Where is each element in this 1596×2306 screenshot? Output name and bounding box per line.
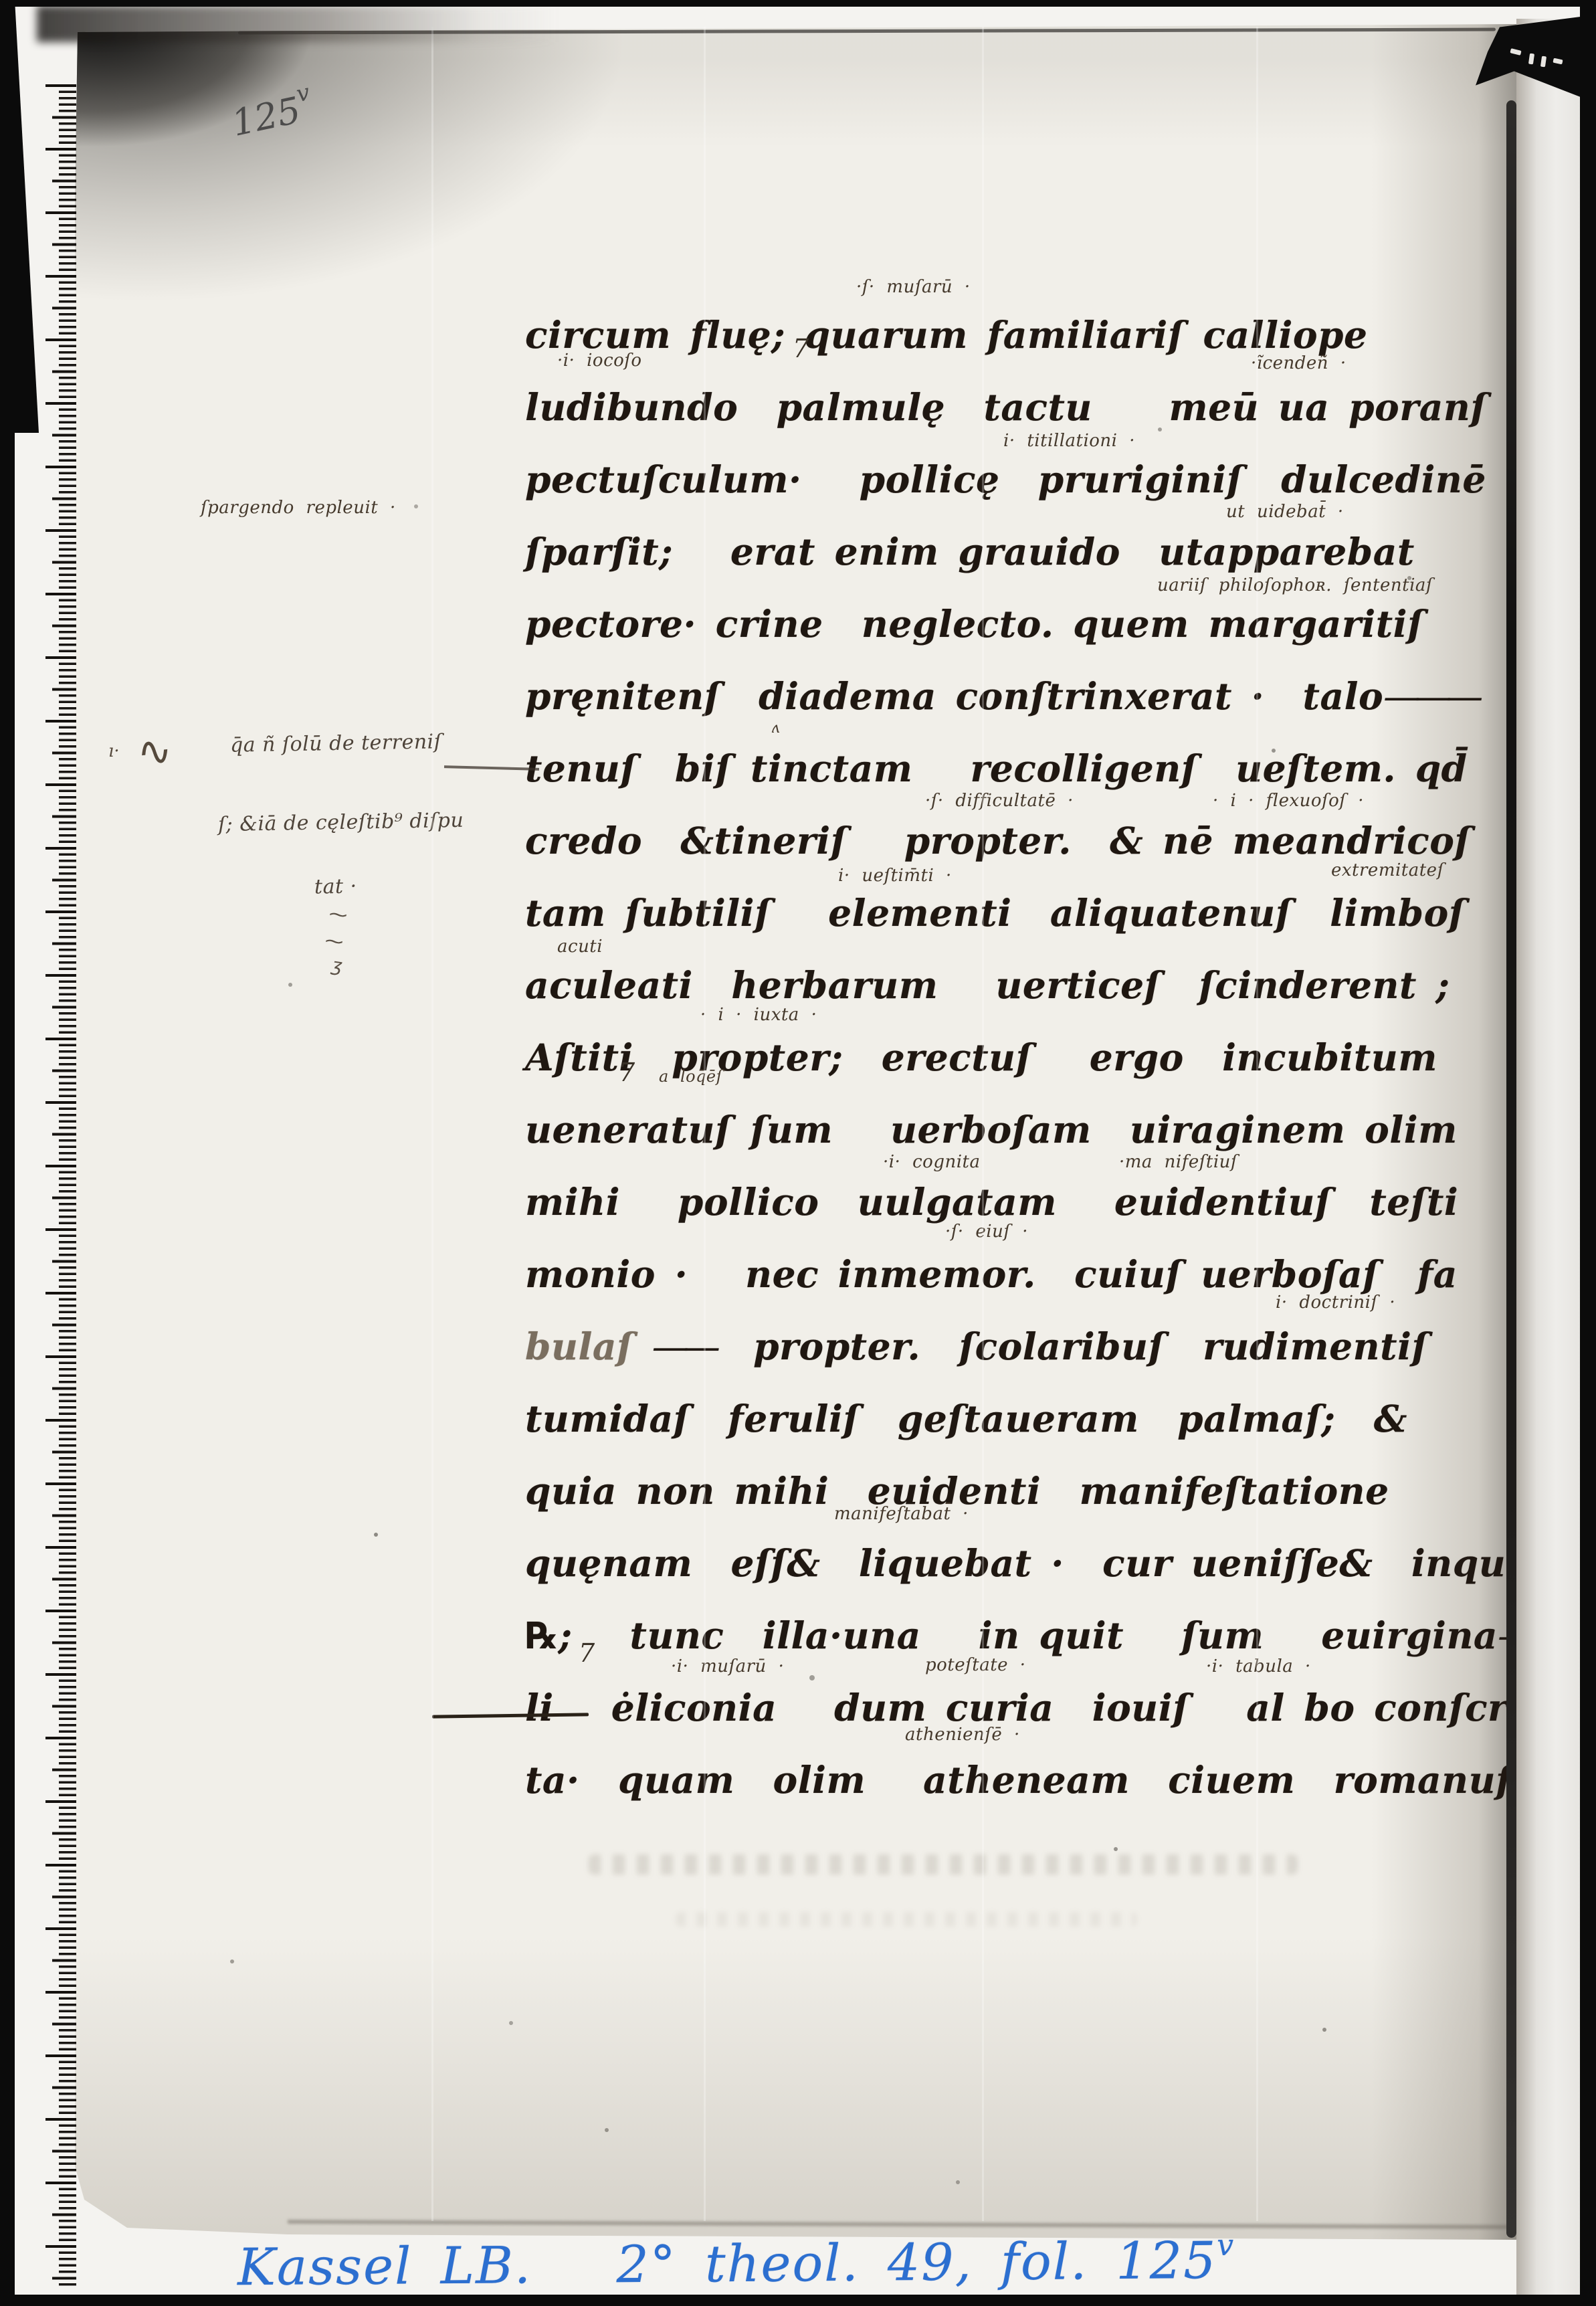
marginal-note-line: ſ; &iā de cęleſtib⁹ diſpu <box>218 809 464 836</box>
wedge-mark <box>1528 54 1534 65</box>
manuscript-text-run: tenuſ biſ tinctam recolligenſ ueſtem. qd… <box>525 747 1468 790</box>
interlinear-gloss: i· titillationi · <box>1003 432 1135 450</box>
interlinear-gloss: 7 <box>619 1064 635 1081</box>
interlinear-gloss: ·i· muſarū · <box>671 1658 784 1675</box>
manuscript-text-run: pectore· crine neglecto. quem margaritiſ <box>525 602 1423 646</box>
manuscript-line-9: tam ſubtiliſ elementi aliquatenuſ limboſ… <box>525 884 1465 957</box>
interlinear-gloss: ſpargendo repleuit · <box>201 499 396 516</box>
manuscript-text-run: pectuſculum· pollicę pruriginiſ dulcedin… <box>525 458 1486 501</box>
corner-shadow <box>37 5 559 42</box>
manuscript-text-run: ludibundo palmulę tactu meū ua poranſ <box>525 385 1486 429</box>
manuscript-line-10: aculeati herbarum uerticeſ ſcinderent ;a… <box>525 957 1450 1029</box>
wedge-mark <box>1553 58 1563 65</box>
interlinear-gloss: ut uidebat̄ · <box>1226 503 1344 520</box>
manuscript-text-run: monio · nec inmemor. cuiuſ uerboſaſ fa <box>525 1252 1458 1296</box>
signe-de-renvoi: ∿ <box>134 725 174 777</box>
interlinear-gloss: ·i· iocoſo <box>557 352 642 369</box>
manuscript-line-21: ta· quam olim atheneam ciuem romanuſathe… <box>525 1751 1512 1824</box>
manuscript-line-18: quęnam eſſ& liquebat · cur ueniſſe& inqu… <box>525 1535 1520 1607</box>
manuscript-text-run: tam ſubtiliſ elementi aliquatenuſ limboſ <box>525 891 1465 935</box>
interlinear-gloss: i· ueſtim̄ti · <box>838 867 952 884</box>
scan-line <box>431 27 433 2221</box>
shelfmark-caption-text: Kassel LB. 2° theol. 49, fol. 125 <box>237 2230 1217 2297</box>
photo-frame-left-wedge <box>0 0 39 433</box>
interlinear-gloss: ·ſ· eiuſ · <box>945 1223 1028 1240</box>
millimeter-ruler <box>39 23 76 2292</box>
interlinear-gloss: ·ſ· muſarū · <box>856 278 971 296</box>
manuscript-text-run: quęnam eſſ& liquebat · cur ueniſſe& inqu… <box>525 1541 1520 1585</box>
marginal-note-line: q̄a ñ ſolū de terreniſ <box>230 730 442 757</box>
manuscript-text-run: aculeati herbarum uerticeſ ſcinderent ; <box>525 963 1450 1007</box>
shelfmark-caption: Kassel LB. 2° theol. 49, fol. 125v <box>237 2228 1235 2297</box>
interlinear-gloss: i· doctriniſ · <box>1276 1294 1395 1311</box>
manuscript-text-run: li ėliconia dum curia iouiſ al bo conſcr… <box>525 1686 1548 1729</box>
shelfmark-caption-sup: v <box>1217 2228 1235 2263</box>
manuscript-line-6: pręnitenſ diadema conſtrinxerat · talo——… <box>525 668 1478 740</box>
interlinear-gloss: ·i· tabula · <box>1206 1658 1311 1675</box>
manuscript-text-run: ta· quam olim atheneam ciuem romanuſ <box>525 1758 1512 1802</box>
manuscript-text-run: credo &tineriſ propter. & nē meandricoſ <box>525 819 1471 862</box>
interlinear-gloss: acuti <box>557 938 603 955</box>
interlinear-gloss: ·i· cognita <box>883 1153 980 1171</box>
interlinear-gloss: uariiſ philoſophoʀ. ſententiaſ <box>1157 577 1433 594</box>
marginal-squiggle: ⁓ <box>324 930 344 953</box>
interlinear-gloss: ·ſ· difficultatē · <box>925 792 1074 809</box>
interlinear-gloss: ·ma nifeſtiuſ <box>1119 1153 1237 1171</box>
wedge-mark <box>1510 48 1521 56</box>
manuscript-text-run: pręnitenſ diadema conſtrinxerat · talo <box>525 674 1383 718</box>
interlinear-gloss: 7 <box>579 1644 595 1662</box>
photo-frame-right <box>1580 0 1596 2306</box>
interlinear-gloss: athenienſē · <box>905 1726 1020 1743</box>
manuscript-text-run: bulaſ <box>525 1325 652 1368</box>
manuscript-text-run: ℞; tunc illa·una in quit ſum euirgina <box>525 1614 1498 1657</box>
manuscript-text-run: propter. ſcolaribuſ rudimentiſ <box>715 1325 1428 1368</box>
manuscript-text-run: mihi pollico uulgatam euidentiuſ teſti <box>525 1180 1458 1224</box>
manuscript-line-1: circum fluę; quarum familiariſ calliope·… <box>525 306 1367 379</box>
manuscript-line-15: bulaſ —— propter. ſcolaribuſ rudimentiſi… <box>525 1318 1428 1390</box>
marginal-squiggle: ⁓ <box>328 903 348 926</box>
interlinear-gloss: extremitateſ <box>1331 862 1444 879</box>
wedge-mark <box>1540 56 1547 68</box>
scan-line <box>1256 27 1258 2221</box>
manuscript-line-16: tumidaſ feruliſ geſtaueram palmaſ; & <box>525 1390 1407 1462</box>
manuscript-line-20: li ėliconia dum curia iouiſ al bo conſcr… <box>525 1679 1548 1751</box>
marginal-note-line: tat · <box>314 874 357 898</box>
interlinear-gloss: · i · iuxta · <box>700 1006 817 1024</box>
manuscript-text-run: ueneratuſ ſum uerboſam uiraginem olim <box>525 1108 1458 1151</box>
interlinear-gloss: poteſtate · <box>925 1656 1026 1674</box>
manuscript-text-run: ——— <box>1383 675 1478 718</box>
manuscript-photo: circum fluę; quarum familiariſ calliope·… <box>0 0 1596 2306</box>
manuscript-text-run: circum fluę; quarum familiariſ calliope <box>525 313 1367 357</box>
photo-frame-top <box>0 0 1596 7</box>
facing-page-edge <box>1516 19 1580 2296</box>
scan-line <box>982 27 984 2221</box>
interlinear-gloss: manifeſtabat̄ · <box>834 1505 969 1523</box>
manuscript-text-run: ſparſit; erat enim grauido utapparebat <box>525 530 1415 573</box>
interlinear-gloss: · i · flexuoſoſ · <box>1213 792 1364 809</box>
manuscript-line-12: ueneratuſ ſum uerboſam uiraginem olim <box>525 1101 1458 1173</box>
ink-showthrough <box>589 1854 1298 1875</box>
interlinear-gloss: ·ĩcendeñ · <box>1251 355 1346 372</box>
scan-line <box>704 27 706 2221</box>
ink-showthrough <box>676 1912 1137 1927</box>
manuscript-line-5: pectore· crine neglecto. quem margaritiſ… <box>525 595 1423 668</box>
manuscript-line-8: credo &tineriſ propter. & nē meandricoſ·… <box>525 812 1471 884</box>
signe-dots: ı· <box>108 741 120 761</box>
interlinear-gloss: a loq̄ēſ <box>659 1068 722 1085</box>
manuscript-line-11: Aſtiti propter; erectuſ ergo incubitum· … <box>525 1029 1437 1101</box>
manuscript-text-run: tumidaſ feruliſ geſtaueram palmaſ; & <box>525 1397 1407 1440</box>
interlinear-gloss: 7 <box>793 340 809 357</box>
interlinear-gloss: ʌ <box>771 720 780 737</box>
ruler-ticks <box>39 84 76 2287</box>
gutter-shadow-line <box>1506 100 1516 2238</box>
